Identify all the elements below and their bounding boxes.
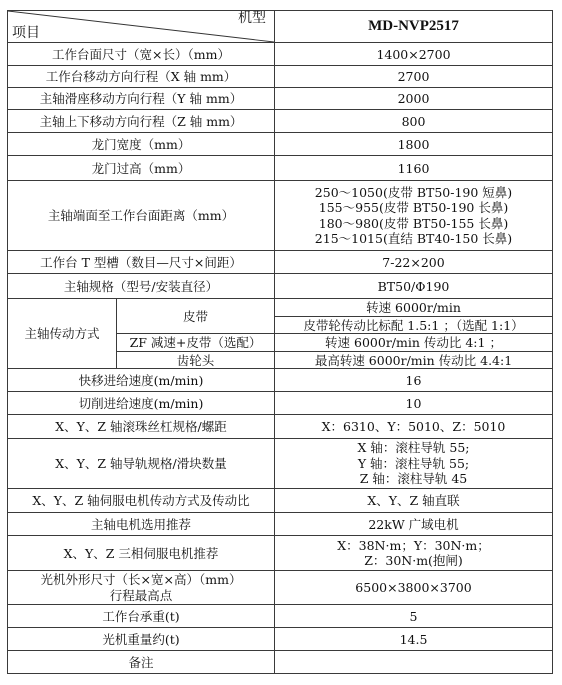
spec-table: 机型 项目 MD-NVP2517 工作台面尺寸（宽×长）（mm） 1400×27… (7, 10, 553, 674)
row-value: 7-22×200 (275, 251, 553, 274)
row-value: 6500×3800×3700 (275, 571, 553, 605)
value-line: X 轴：滚柱导轨 55; (277, 440, 550, 456)
row-value: 1400×2700 (275, 43, 553, 66)
row-value: 1160 (275, 156, 553, 181)
value-line: 215～1015(直结 BT40-150 长鼻) (277, 231, 550, 247)
row-value: X、Y、Z 轴直联 (275, 489, 553, 513)
row-value: 2000 (275, 88, 553, 110)
table-row: 工作台承重(t) 5 (8, 605, 553, 628)
row-label: 快移进给速度(m/min) (8, 369, 275, 392)
row-label: 主轴电机选用推荐 (8, 513, 275, 536)
label-line: 行程最高点 (10, 588, 272, 604)
row-value: 16 (275, 369, 553, 392)
row-value-multiline: 250～1050(皮带 BT50-190 短鼻) 155～955(皮带 BT50… (275, 181, 553, 251)
header-item-label: 项目 (12, 26, 40, 41)
table-row: X、Y、Z 轴导轨规格/滑块数量 X 轴：滚柱导轨 55; Y 轴：滚柱导轨 5… (8, 439, 553, 489)
table-row: 主轴电机选用推荐 22kW 广域电机 (8, 513, 553, 536)
row-value: 转速 6000r/min 传动比 4:1 ； (275, 334, 553, 352)
row-label: X、Y、Z 轴滚珠丝杠规格/螺距 (8, 415, 275, 439)
value-line: Z 轴：滚柱导轨 45 (277, 471, 550, 487)
row-label: X、Y、Z 三相伺服电机推荐 (8, 536, 275, 571)
row-label: X、Y、Z 轴导轨规格/滑块数量 (8, 439, 275, 489)
row-label: 工作台 T 型槽（数目—尺寸×间距） (8, 251, 275, 274)
label-line: 光机外形尺寸（长×宽×高）（mm） (10, 572, 272, 588)
table-row: 龙门过高（mm） 1160 (8, 156, 553, 181)
zf-label: ZF 减速+皮带（选配） (117, 334, 275, 352)
row-label: 工作台承重(t) (8, 605, 275, 628)
row-value: 2700 (275, 66, 553, 88)
value-line: 155～955(皮带 BT50-190 长鼻) (277, 200, 550, 216)
value-line: X：38N·m；Y：30N·m； (277, 538, 550, 554)
header-diagonal-cell: 机型 项目 (8, 11, 275, 43)
row-value: 22kW 广域电机 (275, 513, 553, 536)
table-row: 主轴规格（型号/安装直径） BT50/Φ190 (8, 274, 553, 299)
table-row: X、Y、Z 三相伺服电机推荐 X：38N·m；Y：30N·m； Z：30N·m(… (8, 536, 553, 571)
table-row: 主轴滑座移动方向行程（Y 轴 mm） 2000 (8, 88, 553, 110)
row-label: 龙门过高（mm） (8, 156, 275, 181)
row-label-multiline: 光机外形尺寸（长×宽×高）（mm） 行程最高点 (8, 571, 275, 605)
row-value: 转速 6000r/min (275, 299, 553, 317)
row-label: 主轴端面至工作台面距离（mm） (8, 181, 275, 251)
table-row: 主轴传动方式 皮带 转速 6000r/min (8, 299, 553, 317)
header-model-name: MD-NVP2517 (275, 11, 553, 43)
table-row: X、Y、Z 轴伺服电机传动方式及传动比 X、Y、Z 轴直联 (8, 489, 553, 513)
gear-label: 齿轮头 (117, 352, 275, 369)
row-label: 主轴上下移动方向行程（Z 轴 mm） (8, 110, 275, 133)
table-row: 工作台 T 型槽（数目—尺寸×间距） 7-22×200 (8, 251, 553, 274)
diagonal-line (8, 11, 274, 42)
table-row: 工作台面尺寸（宽×长）（mm） 1400×2700 (8, 43, 553, 66)
row-value: 14.5 (275, 628, 553, 651)
table-row: 主轴上下移动方向行程（Z 轴 mm） 800 (8, 110, 553, 133)
transmission-label: 主轴传动方式 (8, 299, 117, 369)
row-label: 龙门宽度（mm） (8, 133, 275, 156)
table-row: X、Y、Z 轴滚珠丝杠规格/螺距 X：6310、Y：5010、Z：5010 (8, 415, 553, 439)
belt-label: 皮带 (117, 299, 275, 334)
row-value: BT50/Φ190 (275, 274, 553, 299)
row-label: 主轴规格（型号/安装直径） (8, 274, 275, 299)
row-value: 5 (275, 605, 553, 628)
table-row: 切削进给速度(m/min) 10 (8, 392, 553, 415)
value-line: Z：30N·m(抱闸) (277, 553, 550, 569)
row-label: 工作台面尺寸（宽×长）（mm） (8, 43, 275, 66)
table-row: 光机重量约(t) 14.5 (8, 628, 553, 651)
row-label: 备注 (8, 651, 275, 674)
header-row: 机型 项目 MD-NVP2517 (8, 11, 553, 43)
row-value (275, 651, 553, 674)
row-value-multiline: X 轴：滚柱导轨 55; Y 轴：滚柱导轨 55; Z 轴：滚柱导轨 45 (275, 439, 553, 489)
row-value: 皮带轮传动比标配 1.5:1 ；（选配 1:1） (275, 317, 553, 334)
row-value: 最高转速 6000r/min 传动比 4.4:1 (275, 352, 553, 369)
value-line: Y 轴：滚柱导轨 55; (277, 456, 550, 472)
row-value: X：6310、Y：5010、Z：5010 (275, 415, 553, 439)
row-label: X、Y、Z 轴伺服电机传动方式及传动比 (8, 489, 275, 513)
table-row: 备注 (8, 651, 553, 674)
table-row: 工作台移动方向行程（X 轴 mm） 2700 (8, 66, 553, 88)
row-value-multiline: X：38N·m；Y：30N·m； Z：30N·m(抱闸) (275, 536, 553, 571)
table-row: 快移进给速度(m/min) 16 (8, 369, 553, 392)
row-label: 光机重量约(t) (8, 628, 275, 651)
row-label: 工作台移动方向行程（X 轴 mm） (8, 66, 275, 88)
value-line: 250～1050(皮带 BT50-190 短鼻) (277, 185, 550, 201)
row-label: 切削进给速度(m/min) (8, 392, 275, 415)
row-value: 1800 (275, 133, 553, 156)
table-row: 龙门宽度（mm） 1800 (8, 133, 553, 156)
table-row: 光机外形尺寸（长×宽×高）（mm） 行程最高点 6500×3800×3700 (8, 571, 553, 605)
table-row: 主轴端面至工作台面距离（mm） 250～1050(皮带 BT50-190 短鼻)… (8, 181, 553, 251)
row-value: 800 (275, 110, 553, 133)
value-line: 180～980(皮带 BT50-155 长鼻) (277, 216, 550, 232)
row-label: 主轴滑座移动方向行程（Y 轴 mm） (8, 88, 275, 110)
row-value: 10 (275, 392, 553, 415)
header-model-label: 机型 (238, 11, 266, 26)
